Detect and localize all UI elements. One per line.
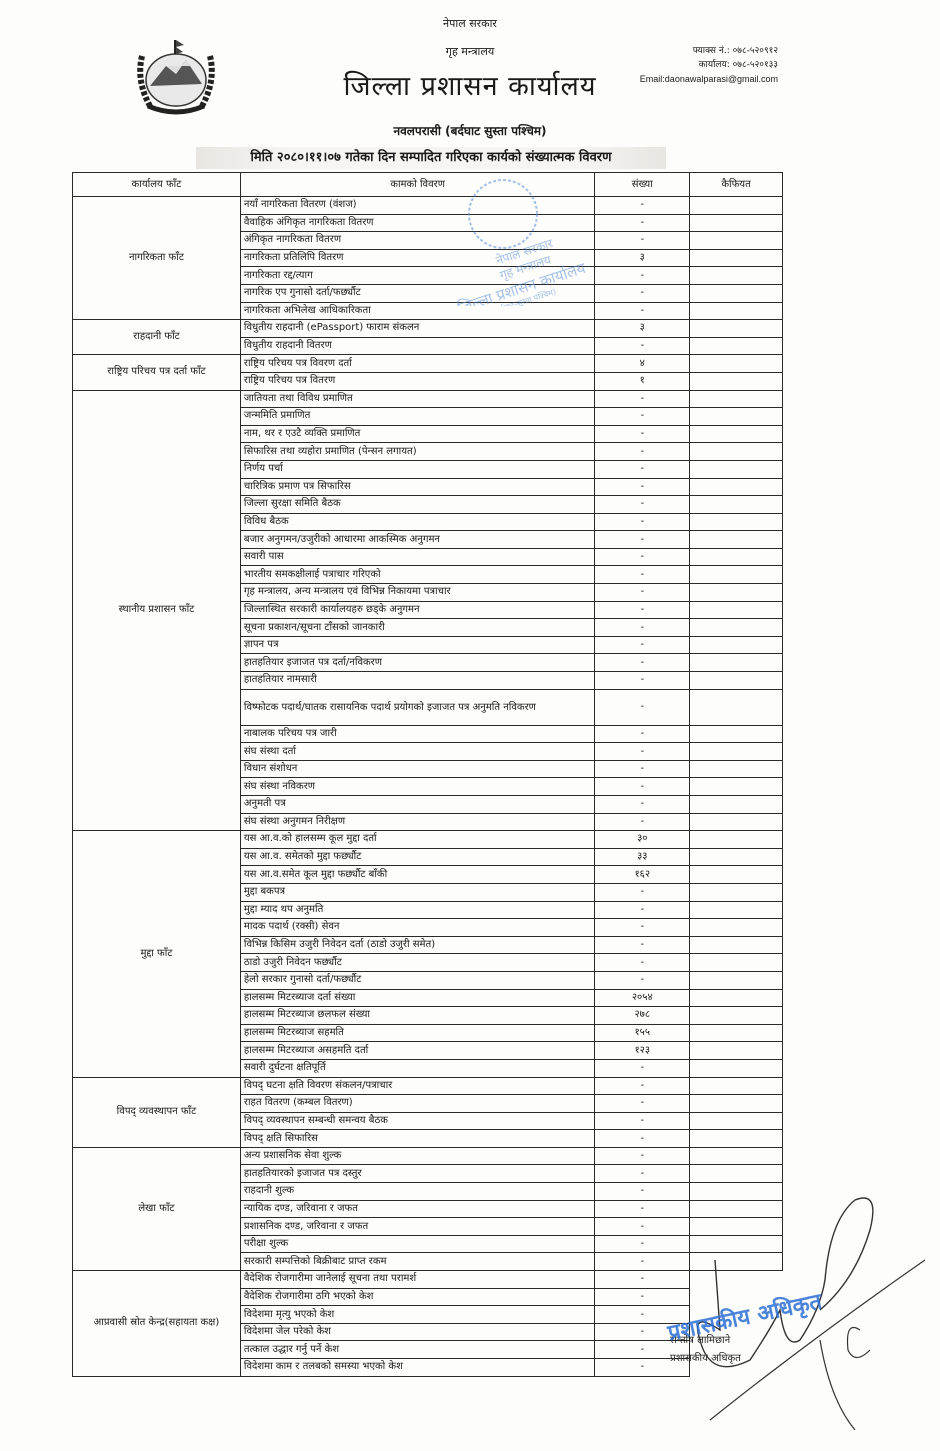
work-description: हालसम्म मिटरब्याज सहमति: [240, 1024, 595, 1042]
work-count: -: [595, 778, 690, 796]
work-count: -: [595, 760, 690, 778]
remarks-cell: [690, 619, 783, 637]
work-description: जन्ममिति प्रमाणित: [240, 408, 595, 426]
contact-info: फ्याक्स नं.: ०७८-५२०९१२ कार्यालय: ०७८-५२…: [640, 44, 778, 86]
work-count: -: [595, 619, 690, 637]
remarks-cell: [690, 936, 783, 954]
work-description: हातहतियार नामसारी: [240, 672, 595, 690]
work-description: जातियता तथा विविध प्रमाणित: [240, 390, 595, 408]
table-row: राष्ट्रिय परिचय पत्र दर्ता फाँटराष्ट्रिय…: [73, 355, 783, 373]
table-row: स्थानीय प्रशासन फाँटजातियता तथा विविध प्…: [73, 390, 783, 408]
remarks-cell: [690, 901, 783, 919]
work-description: यस आ.व.समेत कूल मुद्दा फर्छ्यौट बाँकी: [240, 866, 595, 884]
work-description: भारतीय समकक्षीलाई पत्राचार गरिएको: [240, 566, 595, 584]
work-description: विभिन्न किसिम उजुरी निवेदन दर्ता (ठाडो उ…: [240, 936, 595, 954]
work-description: हालसम्म मिटरब्याज दर्ता संख्या: [240, 989, 595, 1007]
remarks-cell: [690, 478, 783, 496]
work-description: विष्फोटक पदार्थ/घातक रासायनिक पदार्थ प्र…: [240, 689, 595, 725]
work-description: नाबालक परिचय पत्र जारी: [240, 725, 595, 743]
section-name: मुद्दा फाँट: [73, 831, 241, 1077]
work-description: सरकारी सम्पत्तिको बिक्रीबाट प्राप्त रकम: [240, 1253, 595, 1271]
remarks-cell: [690, 919, 783, 937]
work-description: ज्ञापन पत्र: [240, 636, 595, 654]
work-description: विदेशमा काम र तलबको समस्या भएको केश: [240, 1359, 595, 1377]
remarks-cell: [690, 866, 783, 884]
work-description: मुद्दा म्याद थप अनुमति: [240, 901, 595, 919]
remarks-cell: [690, 284, 783, 302]
work-description: यस आ.व. समेतको मुद्दा फर्छ्यौट: [240, 848, 595, 866]
remarks-cell: [690, 831, 783, 849]
section-name: राहदानी फाँट: [73, 320, 241, 355]
work-description: राहदानी शुल्क: [240, 1183, 595, 1201]
work-count: -: [595, 813, 690, 831]
section-name: आप्रवासी स्रोत केन्द्र(सहायता कक्ष): [73, 1271, 241, 1377]
remarks-cell: [690, 725, 783, 743]
remarks-cell: [690, 760, 783, 778]
report-title: मिति २०८०।११।०७ गतेका दिन सम्पादित गरिएक…: [196, 147, 666, 169]
work-description: विदेशमा जेल परेको केश: [240, 1323, 595, 1341]
work-count: -: [595, 443, 690, 461]
work-description: विधुतीय राहदानी वितरण: [240, 337, 595, 355]
work-description: राष्ट्रिय परिचय पत्र विवरण दर्ता: [240, 355, 595, 373]
work-count: -: [595, 689, 690, 725]
work-count: -: [595, 390, 690, 408]
remarks-cell: [690, 636, 783, 654]
section-name: विपद् व्यवस्थापन फाँट: [73, 1077, 241, 1147]
work-count: -: [595, 796, 690, 814]
remarks-cell: [690, 1095, 783, 1113]
work-count: ३: [595, 320, 690, 338]
email-address: Email:daonawalparasi@gmail.com: [640, 72, 778, 86]
work-description: बजार अनुगमन/उजुरीको आधारमा आकस्मिक अनुगम…: [240, 531, 595, 549]
work-count: -: [595, 1147, 690, 1165]
work-description: विदेशमा मृत्यु भएको केश: [240, 1306, 595, 1324]
work-description: मादक पदार्थ (रक्सी) सेवन: [240, 919, 595, 937]
work-count: -: [595, 1165, 690, 1183]
work-count: -: [595, 919, 690, 937]
remarks-cell: [690, 267, 783, 285]
remarks-cell: [690, 672, 783, 690]
table-row: मुद्दा फाँटयस आ.व.को हालसम्म कूल मुद्दा …: [73, 831, 783, 849]
remarks-cell: [690, 214, 783, 232]
section-name: राष्ट्रिय परिचय पत्र दर्ता फाँट: [73, 355, 241, 390]
work-count: ४: [595, 355, 690, 373]
remarks-cell: [690, 355, 783, 373]
work-count: -: [595, 725, 690, 743]
remarks-cell: [690, 813, 783, 831]
column-header-remarks: कैफियत: [690, 173, 783, 197]
work-count: -: [595, 425, 690, 443]
work-count: -: [595, 901, 690, 919]
ministry-name: गृह मन्त्रालय: [0, 44, 940, 59]
remarks-cell: [690, 232, 783, 250]
work-description: वैदेशिक रोजगारीमा जानेलाई सूचना तथा पराम…: [240, 1271, 595, 1289]
work-count: ३०: [595, 831, 690, 849]
work-count: -: [595, 1095, 690, 1113]
work-description: हातहतियारको इजाजत पत्र दस्तुर: [240, 1165, 595, 1183]
work-description: परीक्षा शुल्क: [240, 1235, 595, 1253]
work-description: तत्काल उद्धार गर्नु पर्ने केश: [240, 1341, 595, 1359]
work-count: १: [595, 372, 690, 390]
work-count: -: [595, 971, 690, 989]
work-count: -: [595, 954, 690, 972]
remarks-cell: [690, 883, 783, 901]
work-count: -: [595, 214, 690, 232]
remarks-cell: [690, 408, 783, 426]
work-description: हालसम्म मिटरब्याज छलफल संख्या: [240, 1007, 595, 1025]
work-count: -: [595, 496, 690, 514]
work-description: जिल्ला सुरक्षा समिति बैठक: [240, 496, 595, 514]
work-description: संघ संस्था दर्ता: [240, 743, 595, 761]
work-count: -: [595, 636, 690, 654]
work-description: विपद् घटना क्षति विवरण संकलन/पत्राचार: [240, 1077, 595, 1095]
table-header-row: कार्यालय फाँट कामको विवरण संख्या कैफियत: [73, 173, 783, 197]
work-description: हातहतियार इजाजत पत्र दर्ता/नविकरण: [240, 654, 595, 672]
remarks-cell: [690, 989, 783, 1007]
remarks-cell: [690, 654, 783, 672]
table-row: नागरिकता फाँटनयाँ नागरिकता वितरण (वंशज)-: [73, 197, 783, 215]
work-count: -: [595, 478, 690, 496]
work-description: विपद् क्षति सिफारिस: [240, 1130, 595, 1148]
remarks-cell: [690, 743, 783, 761]
remarks-cell: [690, 584, 783, 602]
work-count: -: [595, 284, 690, 302]
fax-number: फ्याक्स नं.: ०७८-५२०९१२: [640, 44, 778, 58]
work-description: अनुमती पत्र: [240, 796, 595, 814]
work-count: -: [595, 232, 690, 250]
section-name: स्थानीय प्रशासन फाँट: [73, 390, 241, 831]
work-count: -: [595, 566, 690, 584]
remarks-cell: [690, 689, 783, 725]
work-description: राष्ट्रिय परिचय पत्र वितरण: [240, 372, 595, 390]
work-count: -: [595, 743, 690, 761]
work-count: -: [595, 408, 690, 426]
remarks-cell: [690, 1007, 783, 1025]
work-count: २७८: [595, 1007, 690, 1025]
work-count: ३: [595, 249, 690, 267]
remarks-cell: [690, 601, 783, 619]
remarks-cell: [690, 1165, 783, 1183]
remarks-cell: [690, 1024, 783, 1042]
remarks-cell: [690, 1077, 783, 1095]
remarks-cell: [690, 548, 783, 566]
work-description: मुद्दा बकपत्र: [240, 883, 595, 901]
section-name: नागरिकता फाँट: [73, 197, 241, 320]
remarks-cell: [690, 249, 783, 267]
remarks-cell: [690, 971, 783, 989]
work-count: -: [595, 531, 690, 549]
remarks-cell: [690, 796, 783, 814]
work-description: नाम, थर र एउटै व्यक्ति प्रमाणित: [240, 425, 595, 443]
table-row: राहदानी फाँटविधुतीय राहदानी (ePassport) …: [73, 320, 783, 338]
table-row: लेखा फाँटअन्य प्रशासनिक सेवा शुल्क-: [73, 1147, 783, 1165]
work-count: २०५४: [595, 989, 690, 1007]
remarks-cell: [690, 1042, 783, 1060]
work-description: सवारी पास: [240, 548, 595, 566]
remarks-cell: [690, 425, 783, 443]
work-count: -: [595, 601, 690, 619]
signatory-designation: प्रशासकीय अधिकृत: [670, 1350, 741, 1368]
work-count: -: [595, 1059, 690, 1077]
work-description: राहत वितरण (कम्बल वितरण): [240, 1095, 595, 1113]
work-description: हेलो सरकार गुनासो दर्ता/फर्छ्यौट: [240, 971, 595, 989]
work-description: गृह मन्त्रालय, अन्य मन्त्रालय एवं विभिन्…: [240, 584, 595, 602]
work-description: सवारी दुर्घटना क्षतिपूर्ति: [240, 1059, 595, 1077]
table-row: विपद् व्यवस्थापन फाँटविपद् घटना क्षति वि…: [73, 1077, 783, 1095]
work-count: -: [595, 197, 690, 215]
work-description: अन्य प्रशासनिक सेवा शुल्क: [240, 1147, 595, 1165]
work-count: -: [595, 267, 690, 285]
remarks-cell: [690, 460, 783, 478]
section-name: लेखा फाँट: [73, 1147, 241, 1270]
work-description: वैदेशिक रोजगारीमा ठगि भएको केश: [240, 1288, 595, 1306]
remarks-cell: [690, 443, 783, 461]
work-count: १२३: [595, 1042, 690, 1060]
work-count: ३३: [595, 848, 690, 866]
work-count: १६२: [595, 866, 690, 884]
work-description: चारित्रिक प्रमाण पत्र सिफारिस: [240, 478, 595, 496]
work-count: -: [595, 1130, 690, 1148]
government-name: नेपाल सरकार: [0, 16, 940, 31]
office-name: जिल्ला प्रशासन कार्यालय: [0, 66, 940, 103]
remarks-cell: [690, 1059, 783, 1077]
work-count: -: [595, 513, 690, 531]
remarks-cell: [690, 1130, 783, 1148]
remarks-cell: [690, 320, 783, 338]
work-description: ठाडो उजुरी निवेदन फर्छ्यौट: [240, 954, 595, 972]
work-count: -: [595, 548, 690, 566]
work-count: -: [595, 672, 690, 690]
work-description: संघ संस्था अनुगमन निरीक्षण: [240, 813, 595, 831]
remarks-cell: [690, 302, 783, 320]
work-count: -: [595, 883, 690, 901]
remarks-cell: [690, 531, 783, 549]
work-description: सिफारिस तथा व्यहोरा प्रमाणित (पेन्सन लगा…: [240, 443, 595, 461]
remarks-cell: [690, 337, 783, 355]
work-description: संघ संस्था नविकरण: [240, 778, 595, 796]
work-count: -: [595, 936, 690, 954]
work-description: निर्णय पर्चा: [240, 460, 595, 478]
column-header-office: कार्यालय फाँट: [73, 173, 241, 197]
work-count: -: [595, 1112, 690, 1130]
work-count: -: [595, 1077, 690, 1095]
work-description: सूचना प्रकाशन/सूचना टाँसको जानकारी: [240, 619, 595, 637]
remarks-cell: [690, 372, 783, 390]
work-description: जिल्लास्थित सरकारी कार्यालयहरु छड्के अनु…: [240, 601, 595, 619]
work-description: विपद् व्यवस्थापन सम्बन्धी समन्वय बैठक: [240, 1112, 595, 1130]
work-description: विधान संशोधन: [240, 760, 595, 778]
work-description: न्यायिक दण्ड, जरिवाना र जफत: [240, 1200, 595, 1218]
work-description: विविध बैठक: [240, 513, 595, 531]
remarks-cell: [690, 1112, 783, 1130]
remarks-cell: [690, 390, 783, 408]
work-count: -: [595, 460, 690, 478]
remarks-cell: [690, 848, 783, 866]
work-count: -: [595, 584, 690, 602]
work-description: प्रशासनिक दण्ड, जरिवाना र जफत: [240, 1218, 595, 1236]
column-header-count: संख्या: [595, 173, 690, 197]
work-description: विधुतीय राहदानी (ePassport) फाराम संकलन: [240, 320, 595, 338]
remarks-cell: [690, 1147, 783, 1165]
remarks-cell: [690, 566, 783, 584]
work-count: -: [595, 302, 690, 320]
work-count: -: [595, 654, 690, 672]
remarks-cell: [690, 513, 783, 531]
work-count: -: [595, 337, 690, 355]
remarks-cell: [690, 197, 783, 215]
remarks-cell: [690, 954, 783, 972]
remarks-cell: [690, 496, 783, 514]
work-description: यस आ.व.को हालसम्म कूल मुद्दा दर्ता: [240, 831, 595, 849]
work-description: हालसम्म मिटरब्याज असहमति दर्ता: [240, 1042, 595, 1060]
remarks-cell: [690, 778, 783, 796]
office-stamp: नेपाल सरकार गृह मन्त्रालय जिल्ला प्रशासन…: [448, 176, 598, 306]
office-phone: कार्यालय: ०७८-५२०१३३: [640, 58, 778, 72]
work-count: १५५: [595, 1024, 690, 1042]
district-name: नवलपरासी (बर्दघाट सुस्ता पश्चिम): [0, 122, 940, 139]
